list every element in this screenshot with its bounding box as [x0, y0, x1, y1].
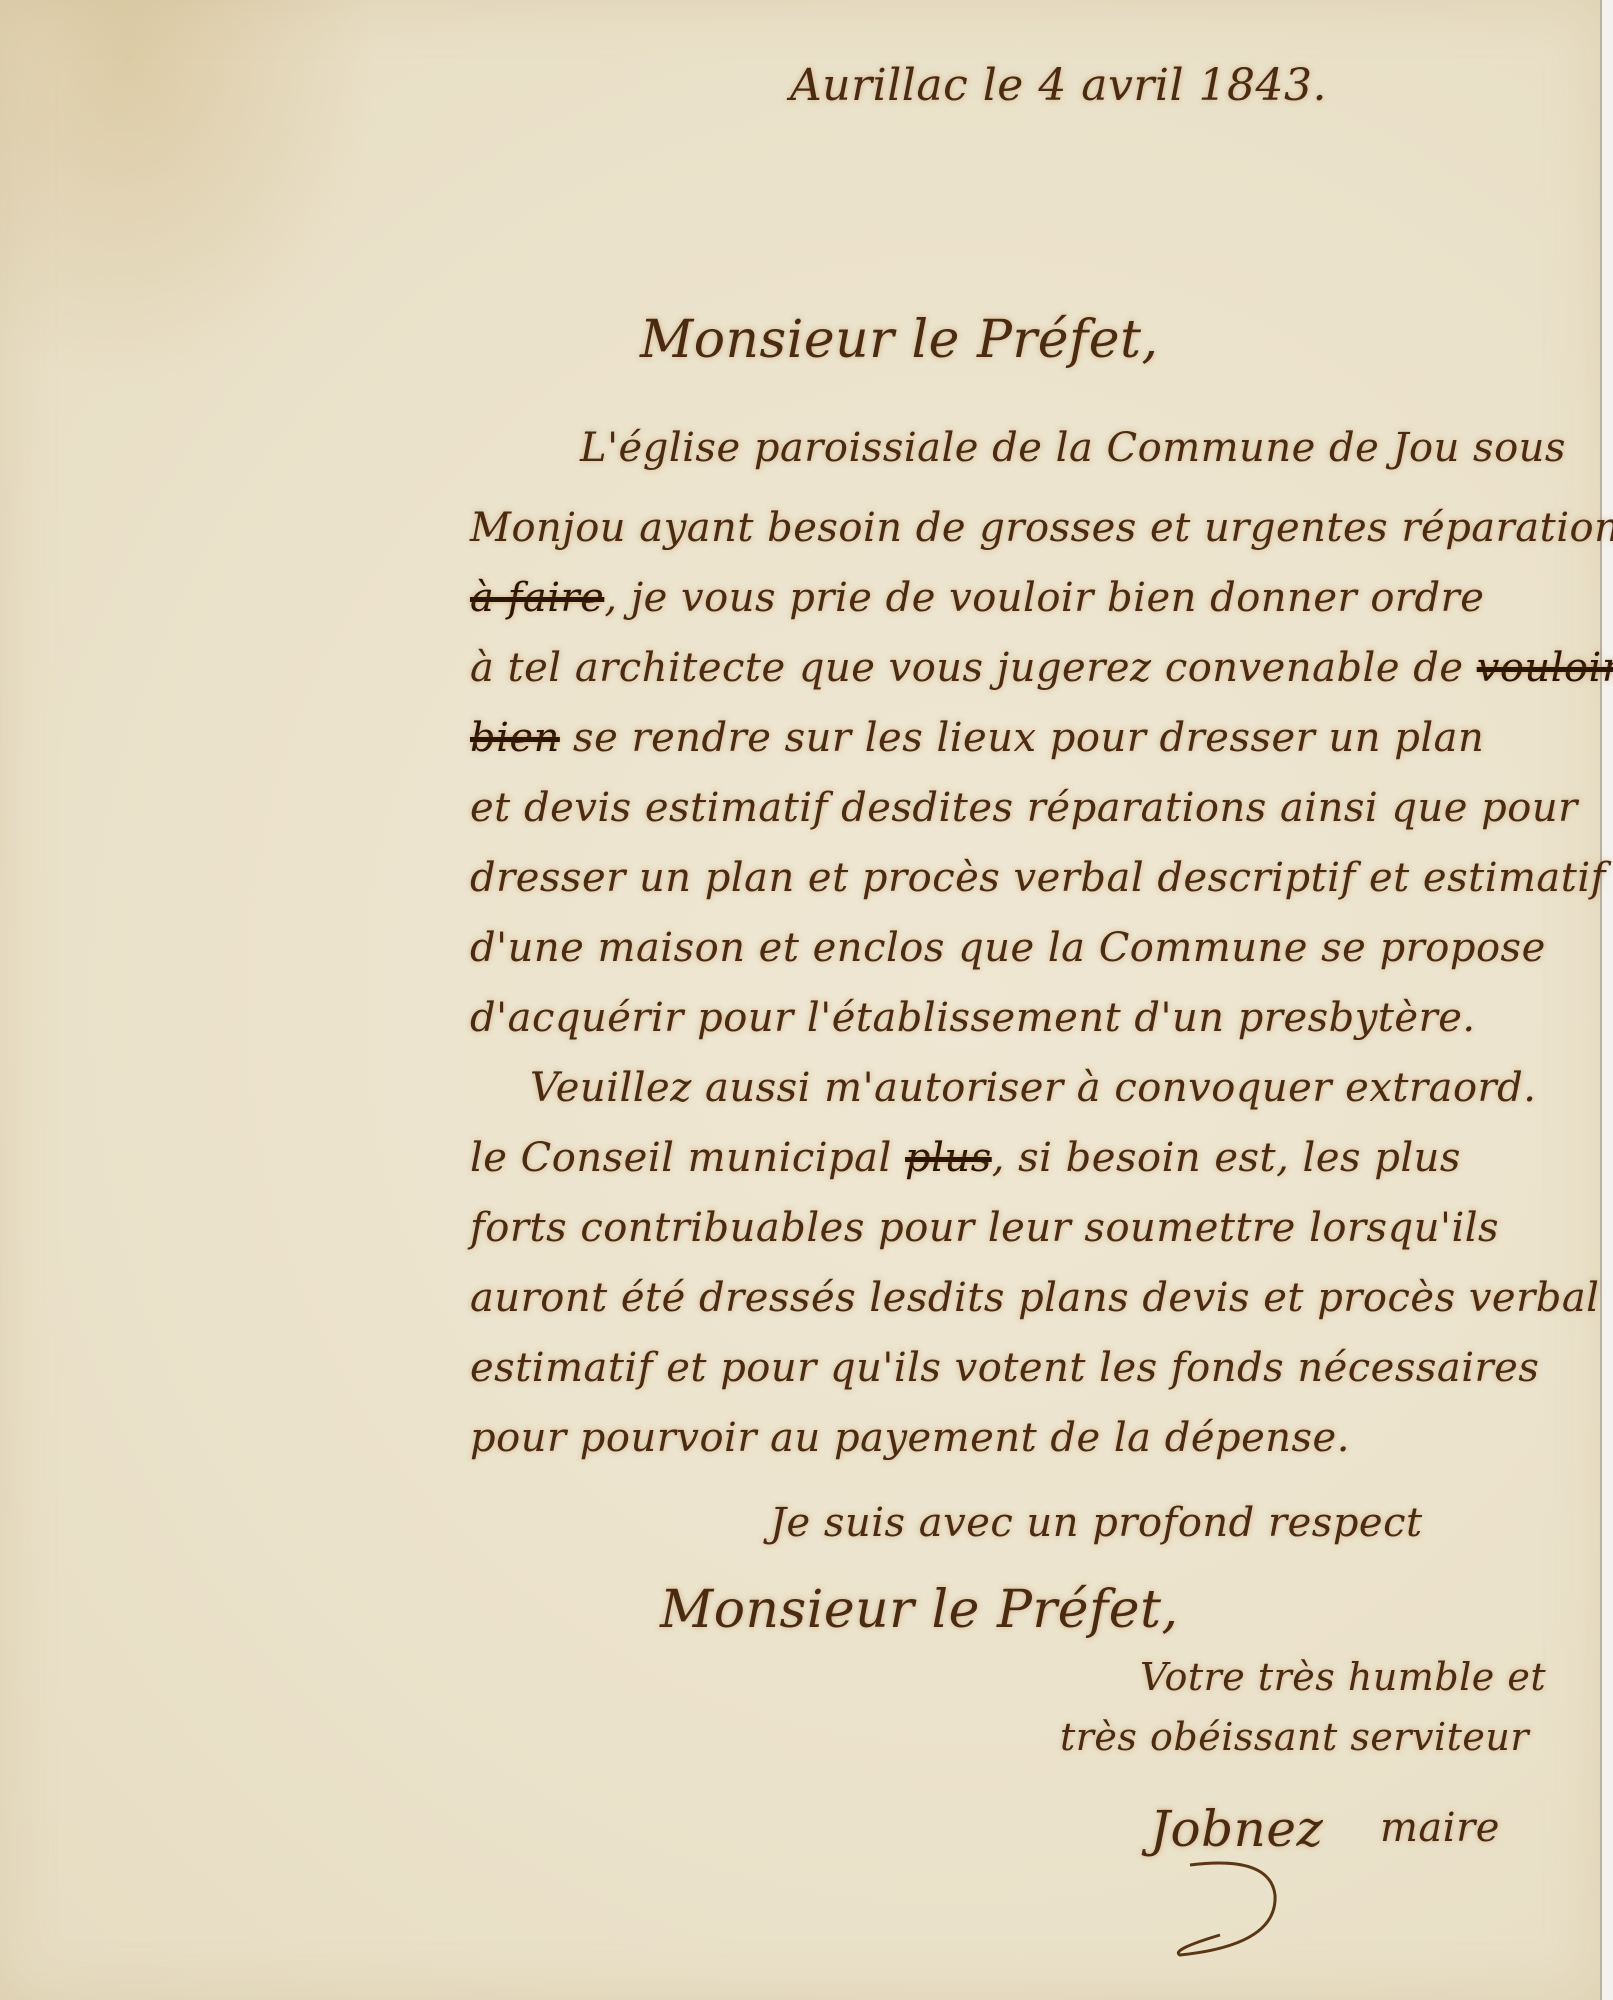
signature-title: maire [1380, 1805, 1500, 1851]
body-line-2: Monjou ayant besoin de grosses et urgent… [470, 505, 1613, 551]
body-line-14: estimatif et pour qu'ils votent les fond… [470, 1345, 1539, 1391]
signature: Jobnez [1150, 1800, 1323, 1858]
closing-line-1: Votre très humble et [1140, 1655, 1546, 1699]
body-line-8: d'une maison et enclos que la Commune se… [470, 925, 1546, 971]
body-line-12: forts contribuables pour leur soumettre … [470, 1205, 1499, 1251]
body-line-3: à faire, je vous prie de vouloir bien do… [470, 575, 1484, 621]
body-line-13: auront été dressés lesdits plans devis e… [470, 1275, 1599, 1321]
body-line-11: le Conseil municipal plus, si besoin est… [470, 1135, 1461, 1181]
body-line-5: bien se rendre sur les lieux pour dresse… [470, 715, 1484, 761]
closing-line-2: très obéissant serviteur [1060, 1715, 1529, 1759]
struck-word: plus [905, 1135, 992, 1181]
body-line-9: d'acquérir pour l'établissement d'un pre… [470, 995, 1476, 1041]
struck-word: bien [470, 715, 560, 761]
struck-word: à faire [470, 575, 604, 621]
letter-page: Aurillac le 4 avril 1843. Monsieur le Pr… [0, 0, 1602, 2000]
body-line-15: pour pourvoir au payement de la dépense. [470, 1415, 1350, 1461]
date-line: Aurillac le 4 avril 1843. [790, 60, 1327, 111]
body-line-16: Je suis avec un profond respect [770, 1500, 1423, 1546]
body-line-1: L'église paroissiale de la Commune de Jo… [580, 425, 1566, 471]
salutation: Monsieur le Préfet, [640, 310, 1159, 370]
struck-word: vouloir [1477, 645, 1613, 691]
body-line-10: Veuillez aussi m'autoriser à convoquer e… [530, 1065, 1536, 1111]
body-line-4: à tel architecte que vous jugerez conven… [470, 645, 1613, 691]
signature-flourish-icon [1160, 1855, 1320, 1965]
body-line-7: dresser un plan et procès verbal descrip… [470, 855, 1606, 901]
body-line-6: et devis estimatif desdites réparations … [470, 785, 1578, 831]
closing-salutation: Monsieur le Préfet, [660, 1580, 1179, 1640]
